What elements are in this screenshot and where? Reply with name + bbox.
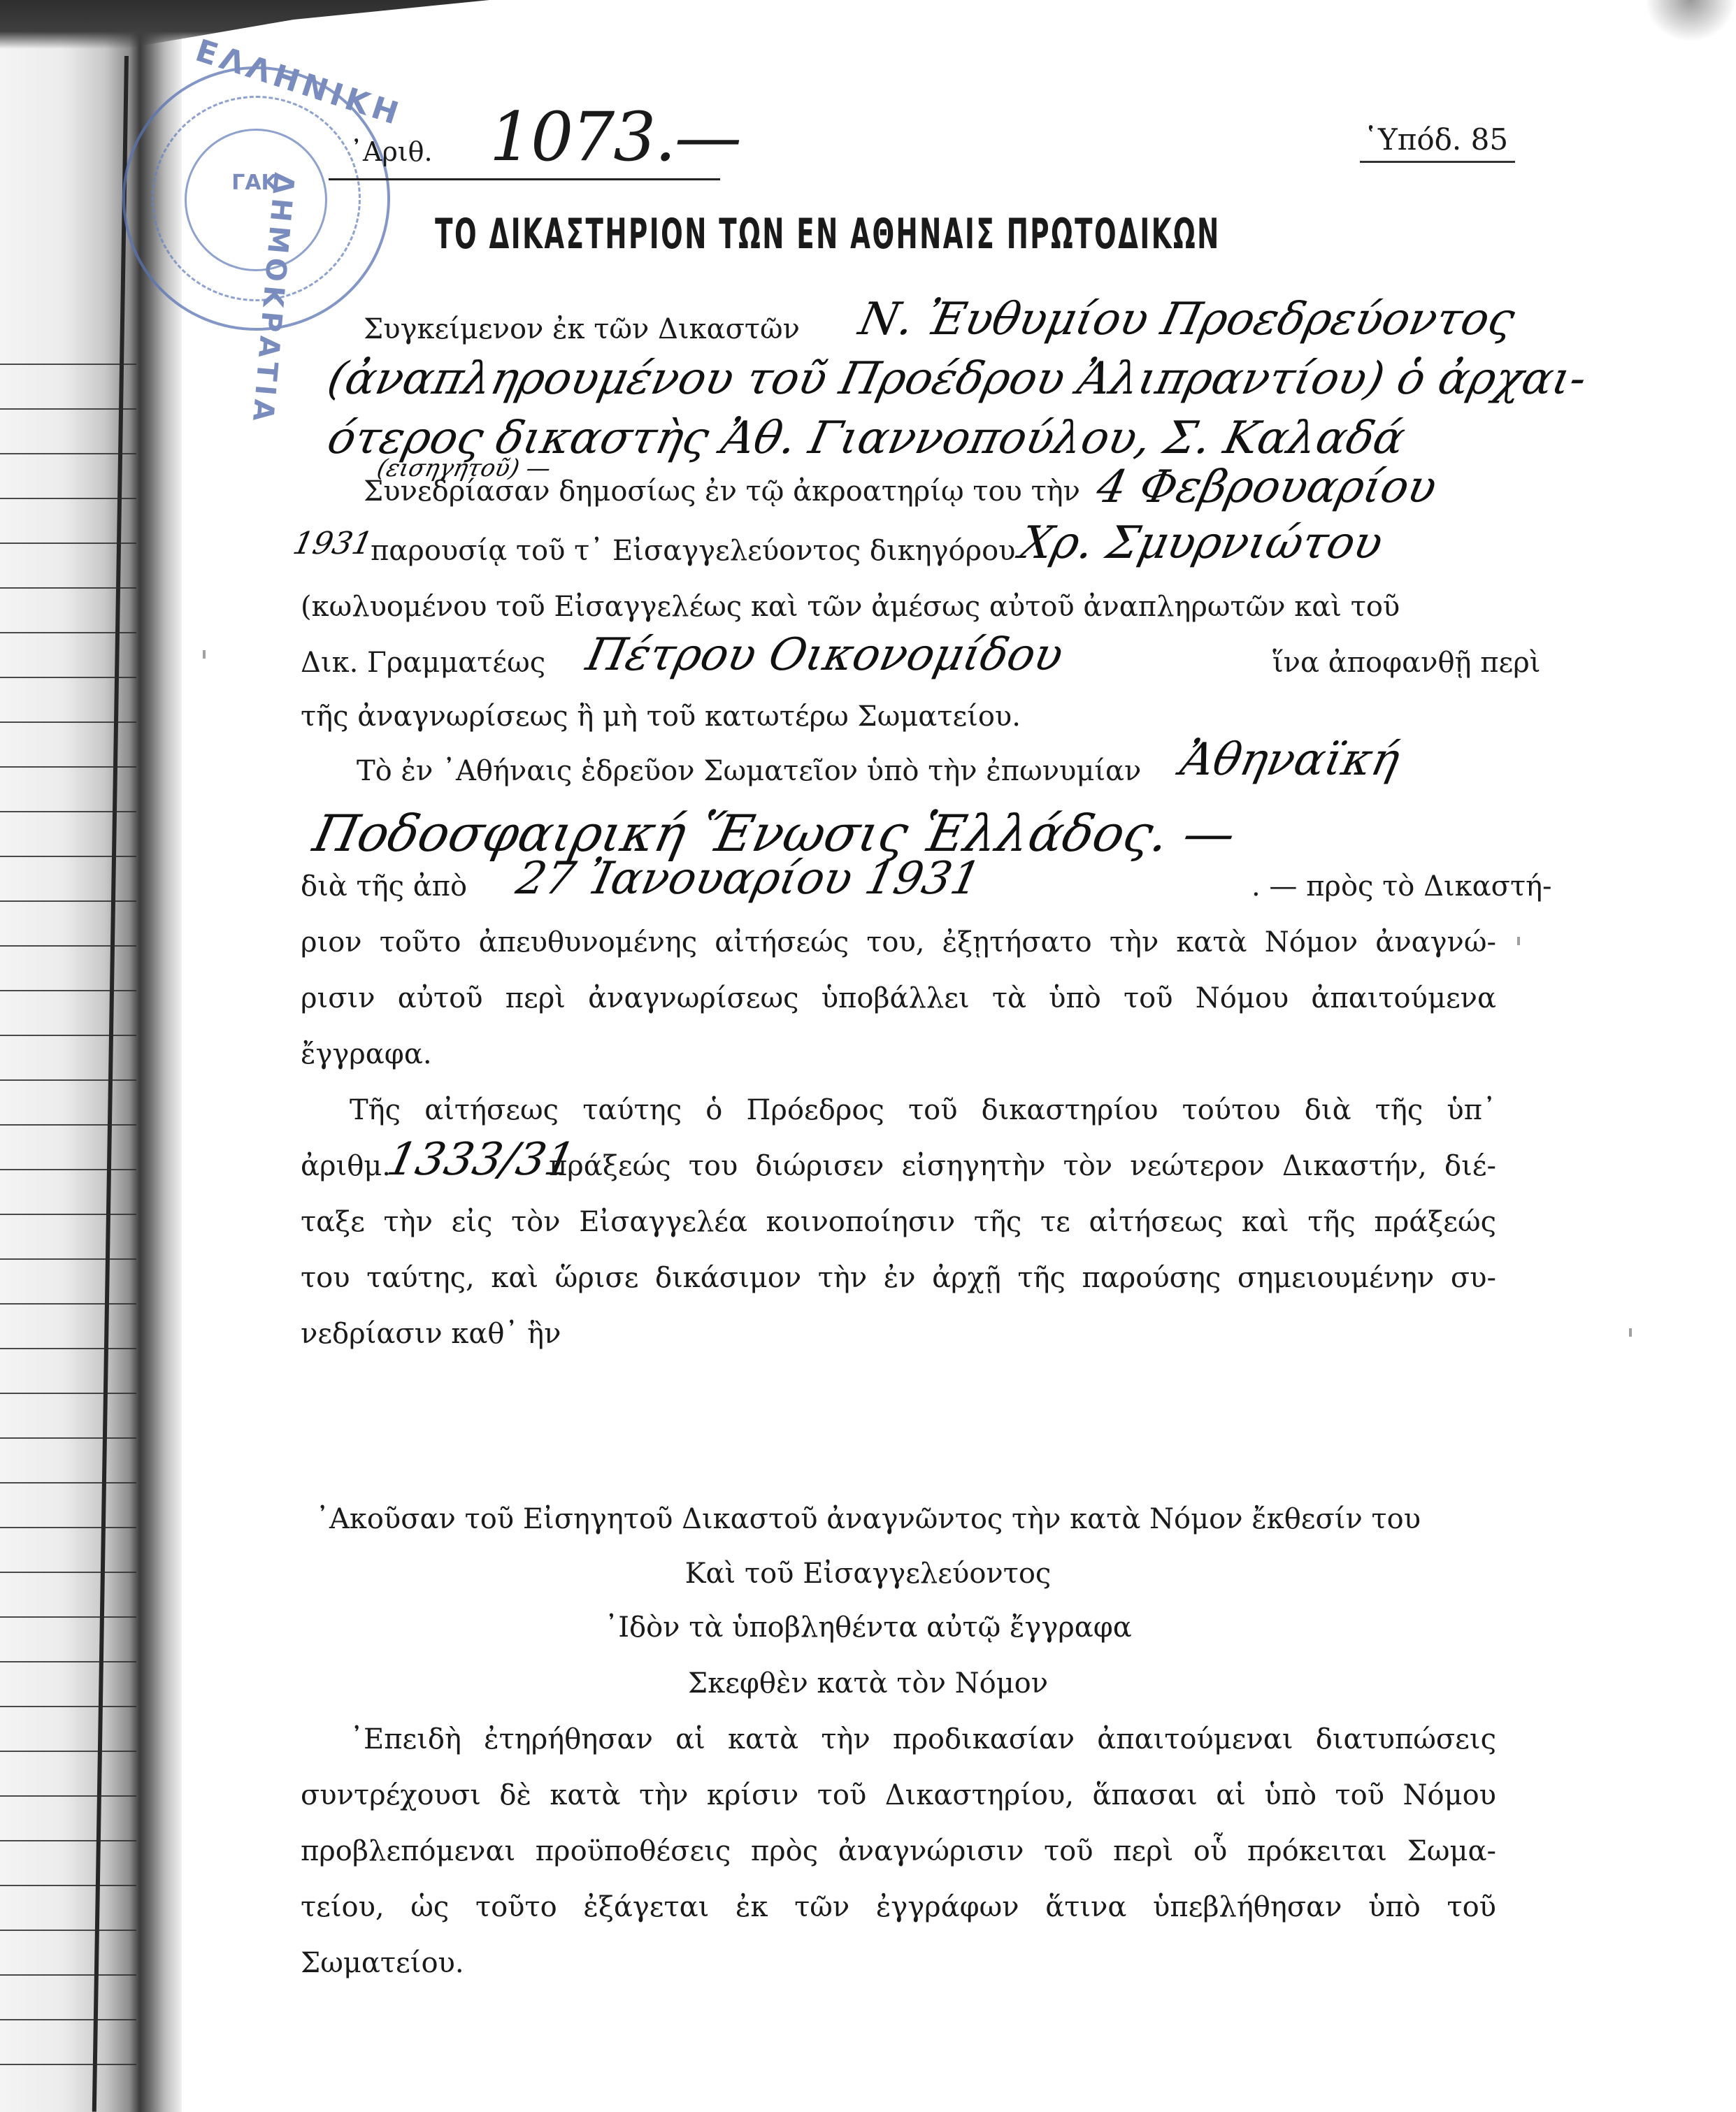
session-year: 1931 <box>290 526 376 561</box>
ruled-line <box>0 1348 136 1349</box>
association-text: Τὸ ἐν ᾿Αθήναις ἑδρεῦον Σωματεῖον ὑπὸ τὴν… <box>357 755 1141 787</box>
clerk-handwritten: Πέτρου Οικονομίδου <box>582 629 1068 681</box>
ruled-line <box>0 1214 136 1215</box>
ruled-line <box>0 364 136 365</box>
consideration-documents: ᾿Ιδὸν τὰ ὑποβληθέντα αὐτῷ ἔγγραφα <box>0 1611 1736 1644</box>
petition-addressee: . — πρὸς τὸ Δικαστή- <box>1251 870 1552 903</box>
judges-handwritten-1: Ν. Ἐυθυμίου Προεδρεύοντος <box>854 294 1519 345</box>
ruled-line <box>0 1169 136 1170</box>
binding-shadow <box>0 0 489 49</box>
clerk-purpose: ἵνα ἀποφανθῇ περὶ <box>1272 647 1540 679</box>
president-line-5: νεδρίασιν καθ᾿ ἣν <box>301 1318 561 1350</box>
president-line-2: πράξεώς του διώρισεν εἰσηγητὴν τὸν νεώτε… <box>549 1150 1496 1182</box>
prosecutor-text: παρουσίᾳ τοῦ τ᾿ Εἰσαγγελεύοντος δικηγόρο… <box>371 535 1016 567</box>
whereas-line-1: ᾿Επειδὴ ἐτηρήθησαν αἱ κατὰ τὴν προδικασί… <box>350 1723 1496 1755</box>
ruled-line <box>0 1751 136 1752</box>
ruled-line <box>0 543 136 544</box>
petition-date-label: διὰ τῆς ἀπὸ <box>301 870 467 903</box>
association-name-1: Ἀθηναϊκή <box>1176 734 1404 786</box>
ruled-line <box>0 1079 136 1081</box>
ruled-line <box>0 1124 136 1126</box>
ruled-line <box>0 1885 136 1886</box>
stamp-core-emblem: ΓΑΚ <box>223 171 286 227</box>
ruled-line <box>0 1795 136 1797</box>
ruled-line <box>0 811 136 812</box>
ruled-line <box>0 408 136 410</box>
petition-line-1: ριον τοῦτο ἀπευθυνομένης αἰτήσεώς του, ἐ… <box>301 926 1496 958</box>
decision-number: 1073.— <box>489 98 740 176</box>
ruled-line <box>0 1840 136 1841</box>
act-number-label: ἀριθμ. <box>301 1150 391 1182</box>
scan-speck <box>203 650 206 659</box>
scan-smudge <box>1645 0 1736 42</box>
form-template-number: ῾Υπόδ. 85 <box>1363 122 1508 157</box>
ruled-line <box>0 1258 136 1260</box>
recognition-text: τῆς ἀναγνωρίσεως ἢ μὴ τοῦ κατωτέρω Σωματ… <box>301 701 1021 733</box>
stamp-outer-text-top: ΕΛΛΗΝΙΚΗ <box>192 33 407 133</box>
ruled-line <box>0 1930 136 1931</box>
court-title: ΤΟ ΔΙΚΑΣΤΗΡΙΟΝ ΤΩΝ ΕΝ ΑΘΗΝΑΙΣ ΠΡΩΤΟΔΙΚΩΝ <box>289 210 1365 259</box>
president-line-1: Τῆς αἰτήσεως ταύτης ὁ Πρόεδρος τοῦ δικασ… <box>350 1094 1496 1126</box>
ruled-line <box>0 721 136 723</box>
ruled-line <box>0 2064 136 2065</box>
whereas-line-2: συντρέχουσι δὲ κατὰ τὴν κρίσιν τοῦ Δικασ… <box>301 1779 1496 1811</box>
composition-label: Συγκείμενον ἐκ τῶν Δικαστῶν <box>364 313 800 345</box>
session-date-handwritten: 4 Φεβρουαρίου <box>1092 461 1441 513</box>
whereas-line-4: τείου, ὡς τοῦτο ἐξάγεται ἐκ τῶν ἐγγράφων… <box>301 1891 1496 1923</box>
prosecutor-note: (κωλυομένου τοῦ Εἰσαγγελέως καὶ τῶν ἀμέσ… <box>301 591 1400 623</box>
clerk-label: Δικ. Γραμματέως <box>301 647 545 679</box>
ruled-line <box>0 766 136 768</box>
consideration-deliberated: Σκεφθὲν κατὰ τὸν Νόμον <box>0 1667 1736 1700</box>
president-line-4: του ταύτης, καὶ ὥρισε δικάσιμον τὴν ἐν ἀ… <box>301 1262 1496 1294</box>
president-line-3: ταξε τὴν εἰς τὸν Εἰσαγγελέα κοινοποίησιν… <box>301 1206 1496 1238</box>
ruled-line <box>0 1035 136 1036</box>
prosecutor-handwritten: Χρ. Σμυρνιώτου <box>1015 517 1387 569</box>
consideration-heard-rapporteur: ᾿Ακοῦσαν τοῦ Εἰσηγητοῦ Δικαστοῦ ἀναγνῶντ… <box>0 1503 1736 1535</box>
ruled-line <box>0 632 136 633</box>
ruled-line <box>0 587 136 589</box>
scan-speck <box>1629 1328 1632 1337</box>
whereas-line-5: Σωματείου. <box>301 1947 464 1979</box>
archive-stamp: ΕΛΛΗΝΙΚΗ ΔΗΜΟΚΡΑΤΙΑ ΓΑΚ <box>122 66 390 331</box>
judges-handwritten-2: (ἀναπληρουμένου τοῦ Προέδρου Ἀλιπραντίου… <box>323 353 1591 405</box>
ruled-line <box>0 856 136 857</box>
ruled-line <box>0 1393 136 1394</box>
number-label: ᾿Αριθ. <box>350 136 433 167</box>
consideration-heard-prosecutor: Καὶ τοῦ Εἰσαγγελεύοντος <box>0 1558 1736 1590</box>
ruled-line <box>0 990 136 991</box>
scan-speck <box>1517 937 1520 945</box>
petition-date-handwritten: 27 Ἰανουαρίου 1931 <box>512 853 985 905</box>
petition-line-2: ρισιν αὐτοῦ περὶ ἀναγνωρίσεως ὑποβάλλει … <box>301 982 1496 1014</box>
template-underline <box>1360 161 1515 163</box>
ruled-line <box>0 1437 136 1439</box>
whereas-line-3: προβλεπόμεναι προϋποθέσεις πρὸς ἀναγνώρι… <box>301 1835 1496 1867</box>
ruled-line <box>0 900 136 902</box>
ruled-line <box>0 1661 136 1662</box>
ruled-line <box>0 945 136 947</box>
ruled-line <box>0 677 136 678</box>
petition-line-3: ἔγγραφα. <box>301 1038 432 1070</box>
ruled-line <box>0 1482 136 1484</box>
ruled-line <box>0 498 136 499</box>
ruled-line <box>0 2019 136 2020</box>
session-text: Συνεδρίασαν δημοσίως ἐν τῷ ἀκροατηρίῳ το… <box>364 475 1080 508</box>
ruled-line <box>0 1974 136 1976</box>
ruled-line <box>0 453 136 454</box>
number-underline <box>329 178 720 180</box>
ruled-line <box>0 1303 136 1305</box>
ruled-line <box>0 1706 136 1707</box>
